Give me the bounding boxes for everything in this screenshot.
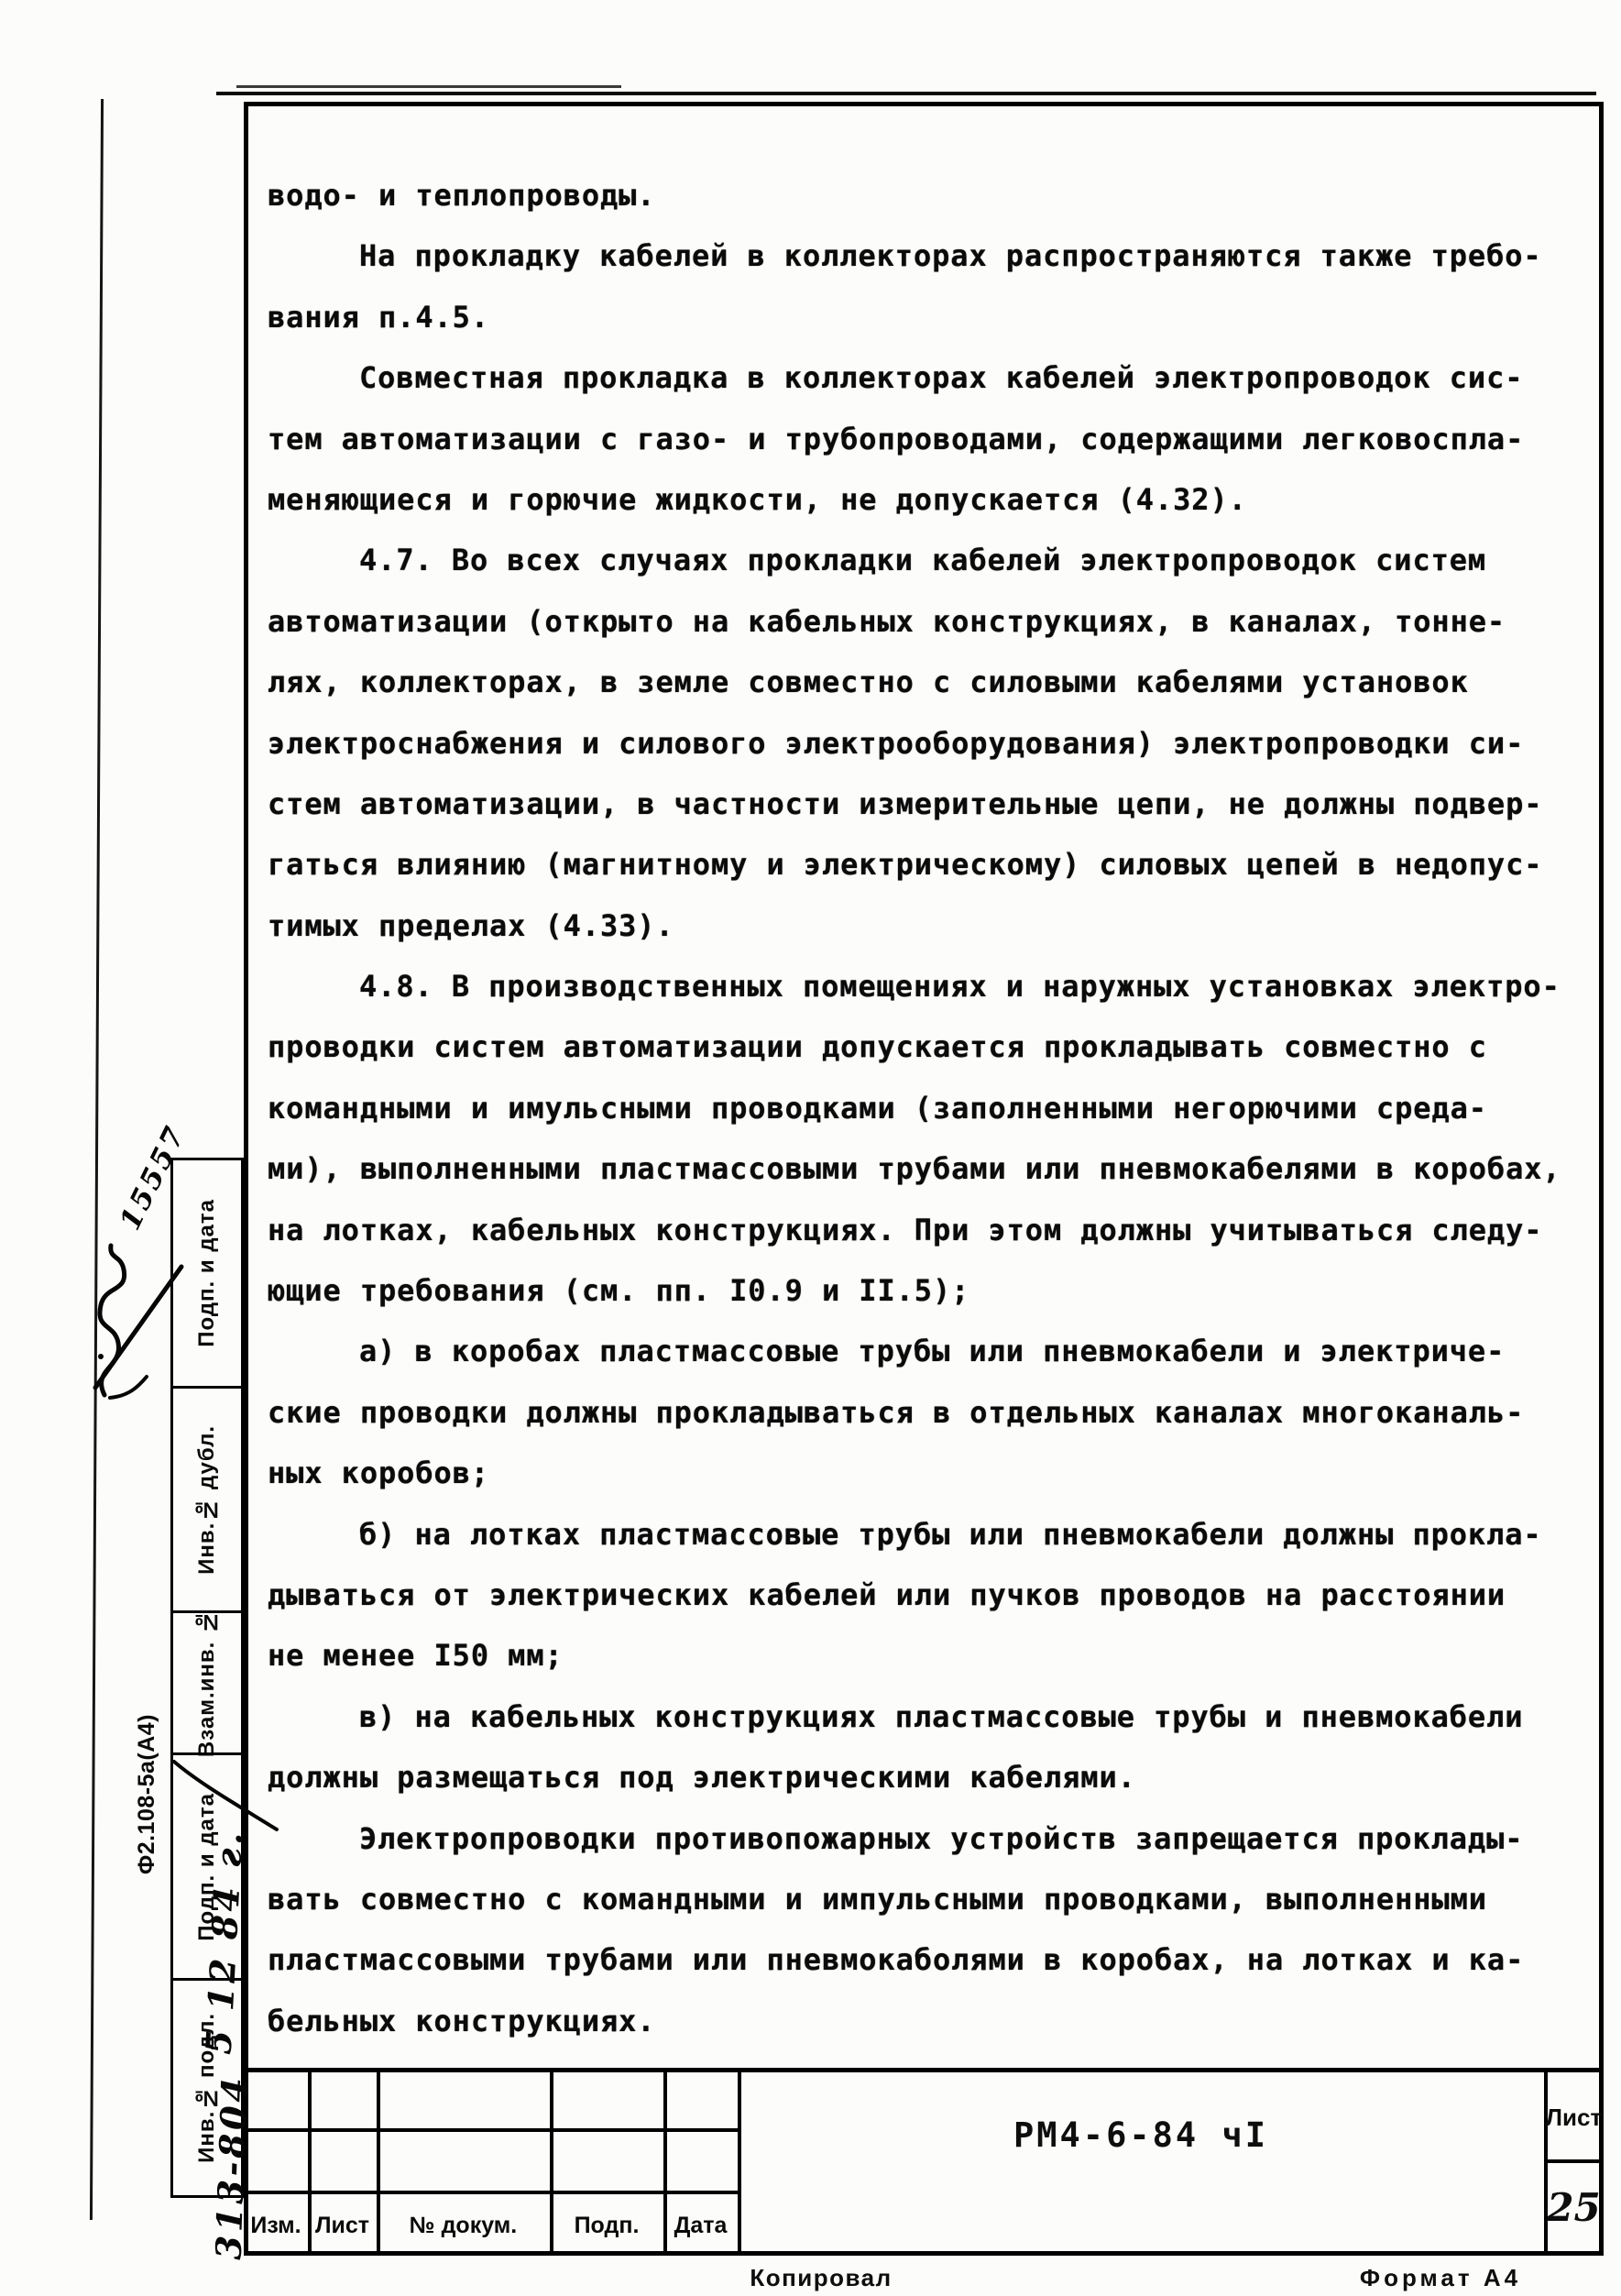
text-line: На прокладку кабелей в коллекторах распр… [268,225,1598,286]
text-line: дываться от электрических кабелей или пу… [268,1565,1598,1625]
text-line: вания п.4.5. [268,287,1598,347]
scanned-document-page: { "document": { "lines": [ {"text": "вод… [0,0,1621,2296]
text-line: стем автоматизации, в частности измерите… [268,774,1598,834]
text-line: а) в коробах пластмассовые трубы или пне… [268,1321,1598,1381]
copied-by-label: Копировал [720,2262,922,2293]
sheet-number: 25 [1544,2163,1604,2253]
text-line: Совместная прокладка в коллекторах кабел… [268,347,1598,408]
stamp-label: Инв.№ дубл. [194,1425,220,1575]
text-line: пластмассовыми трубами или пневмокаболям… [268,1929,1598,1990]
text-line: бельных конструкциях. [268,1991,1598,2051]
text-line: не менее I50 мм; [268,1625,1598,1686]
stamp-label: Подп. и дата [194,1199,220,1347]
text-line: ми), выполненными пластмассовыми трубами… [268,1138,1598,1199]
text-line: автоматизации (открыто на кабельных конс… [268,591,1598,652]
text-line: тимых пределах (4.33). [268,895,1598,956]
text-line: 4.7. Во всех случаях прокладки кабелей э… [268,530,1598,590]
column-label-list: Лист [308,2203,377,2247]
scan-smudge [236,85,621,88]
stamp-label: Взам.инв. № [194,1609,220,1757]
text-line: ющие требования (см. пп. I0.9 и II.5); [268,1260,1598,1321]
column-label-podp: Подп. [550,2203,663,2247]
text-line: гаться влиянию (магнитному и электрическ… [268,834,1598,895]
text-line: проводки систем автоматизации допускаетс… [268,1016,1598,1077]
text-line: ские проводки должны прокладываться в от… [268,1382,1598,1443]
text-line: вать совместно с командными и импульсным… [268,1869,1598,1929]
text-line: в) на кабельных конструкциях пластмассов… [268,1686,1598,1747]
title-block-row-line [244,2128,741,2132]
text-line: командными и имульсными проводками (запо… [268,1078,1598,1138]
column-label-data: Дата [663,2203,738,2247]
text-line: Электропроводки противопожарных устройст… [268,1808,1598,1869]
text-line: на лотках, кабельных конструкциях. При э… [268,1200,1598,1260]
text-line: лях, коллекторах, в земле совместно с си… [268,652,1598,712]
sheet-label: Лист [1544,2073,1604,2161]
text-line: 4.8. В производственных помещениях и нар… [268,956,1598,1016]
column-label-dokum: № докум. [377,2203,550,2247]
text-line: должны размещаться под электрическими ка… [268,1747,1598,1807]
scan-smudge [216,92,1596,95]
text-line: тем автоматизации с газо- и трубопровода… [268,409,1598,469]
text-line: электроснабжения и силового электрообору… [268,713,1598,774]
handwritten-inventory-number: 313-804 [202,2069,259,2265]
title-block-row-line [244,2191,741,2194]
text-line: меняющиеся и горючие жидкости, не допуск… [268,469,1598,530]
format-label: Формат А4 [1340,2262,1541,2293]
text-line: водо- и теплопроводы. [268,165,1598,225]
page-fold-line [90,99,104,2220]
text-line: б) на лотках пластмассовые трубы или пне… [268,1504,1598,1565]
handwriting-flourish [170,1756,282,1835]
document-text: водо- и теплопроводы.На прокладку кабеле… [268,165,1598,2051]
stamp-box-inv-dubl: Инв.№ дубл. [170,1386,244,1613]
form-code: Ф2.108-5а(А4) [130,1685,163,1905]
title-block-top-line [244,2068,1604,2072]
text-line: ных коробов; [268,1443,1598,1503]
signature [90,1239,198,1402]
stamp-box-vzam-inv: Взам.инв. № [170,1610,244,1755]
document-number: РМ4-6-84 чI [738,2106,1544,2165]
